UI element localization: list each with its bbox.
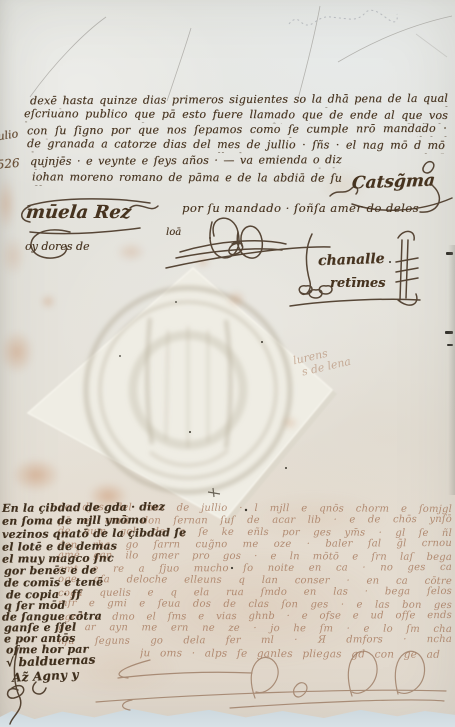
signature-catholic-abbrev: Catsg̃ma xyxy=(351,171,436,194)
foxing-stain xyxy=(116,242,146,262)
bottom-pale-line: nfa ſeguns go dela fer ml · Я dmfors · n… xyxy=(58,634,452,648)
margin-note-month: Julio xyxy=(0,127,19,144)
foxing-stain xyxy=(0,330,34,374)
page-edge-shadow xyxy=(448,245,455,495)
mandate-line: por ſu mandado · ſoñſa amer do delos xyxy=(182,201,419,215)
foxing-stain xyxy=(0,236,26,276)
manuscript-line: iohan moreno romano de pāma e de la abdi… xyxy=(32,170,342,186)
foxing-stain xyxy=(196,256,210,268)
bottom-pale-line: ju oms · alps ſe ganles pliegas gd con g… xyxy=(140,648,440,662)
pencil-scribble-marks xyxy=(289,10,397,25)
dagger-mark xyxy=(208,488,220,497)
seal-paper-diamond xyxy=(28,268,337,524)
bottom-closing-signature: √ balduernas xyxy=(6,653,96,668)
signature-left-small: oy dores de xyxy=(25,240,89,253)
signature-right-line1: chanalle xyxy=(318,251,385,269)
foxing-stain xyxy=(12,458,60,492)
signature-left-large: mūela Rez xyxy=(25,202,132,223)
foxing-stain xyxy=(0,178,16,230)
faint-signature: lurens s de lena xyxy=(292,342,352,380)
bottom-closing-rubric-text: Az̃ Agny y xyxy=(12,668,79,683)
signature-right-line2: retīmes xyxy=(330,276,385,291)
signature-note: loā xyxy=(166,227,181,238)
torn-bottom-edge xyxy=(0,700,455,727)
manuscript-line: de granada a catorze dias del mes de jul… xyxy=(27,137,445,154)
wax-seal-impression xyxy=(86,288,290,492)
manuscript-line: qujnjēs · e veynte e ſeys años · — va em… xyxy=(30,153,342,170)
paper-crease-lines xyxy=(30,6,452,101)
margin-note-year: 1526 xyxy=(0,156,20,173)
foxing-stain xyxy=(282,416,298,430)
foxing-stain xyxy=(226,290,246,308)
foxing-stain xyxy=(40,294,56,309)
manuscript-page: Julio 1526 dexē hasta quinze dias primer… xyxy=(0,0,455,727)
